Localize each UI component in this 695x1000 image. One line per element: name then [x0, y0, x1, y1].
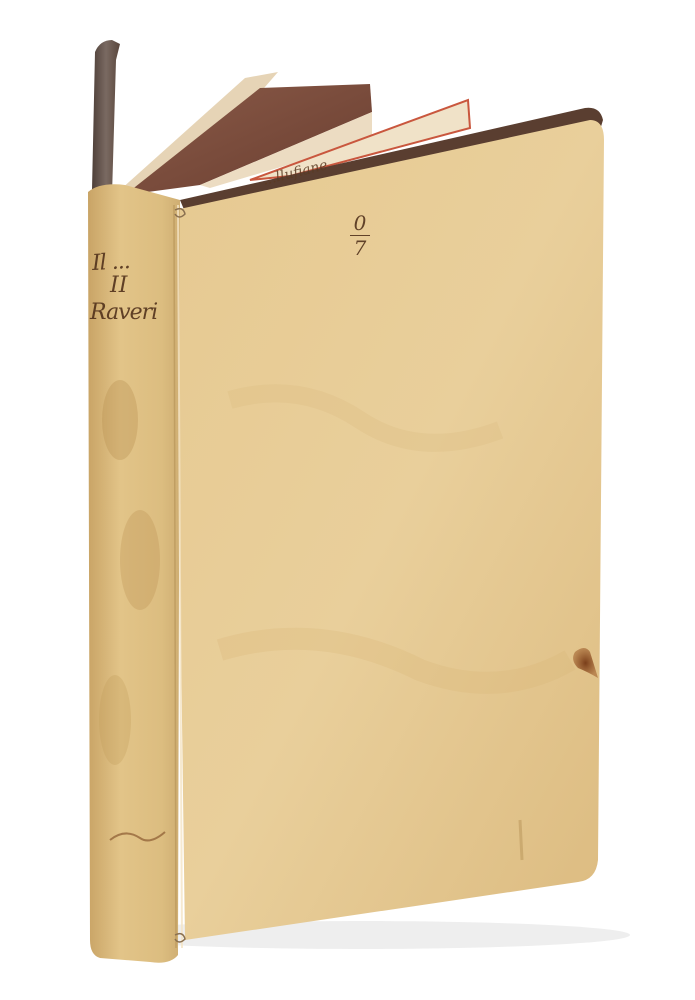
cover-mark-bottom: 7	[348, 237, 372, 259]
cover-shelf-mark: 0 7	[348, 212, 372, 259]
spine-inscription-line-2: II	[110, 273, 127, 298]
book-illustration	[0, 0, 695, 1000]
front-cover	[175, 120, 604, 940]
spine-inscription-line-3: Raveri	[90, 300, 157, 325]
cover-mark-top: 0	[348, 212, 372, 234]
spine-inscription-line-1: Il ...	[91, 249, 130, 276]
spine-headcap	[92, 40, 120, 195]
book-photo: Il ... II Raveri 0 7 ...llufiane	[0, 0, 695, 1000]
